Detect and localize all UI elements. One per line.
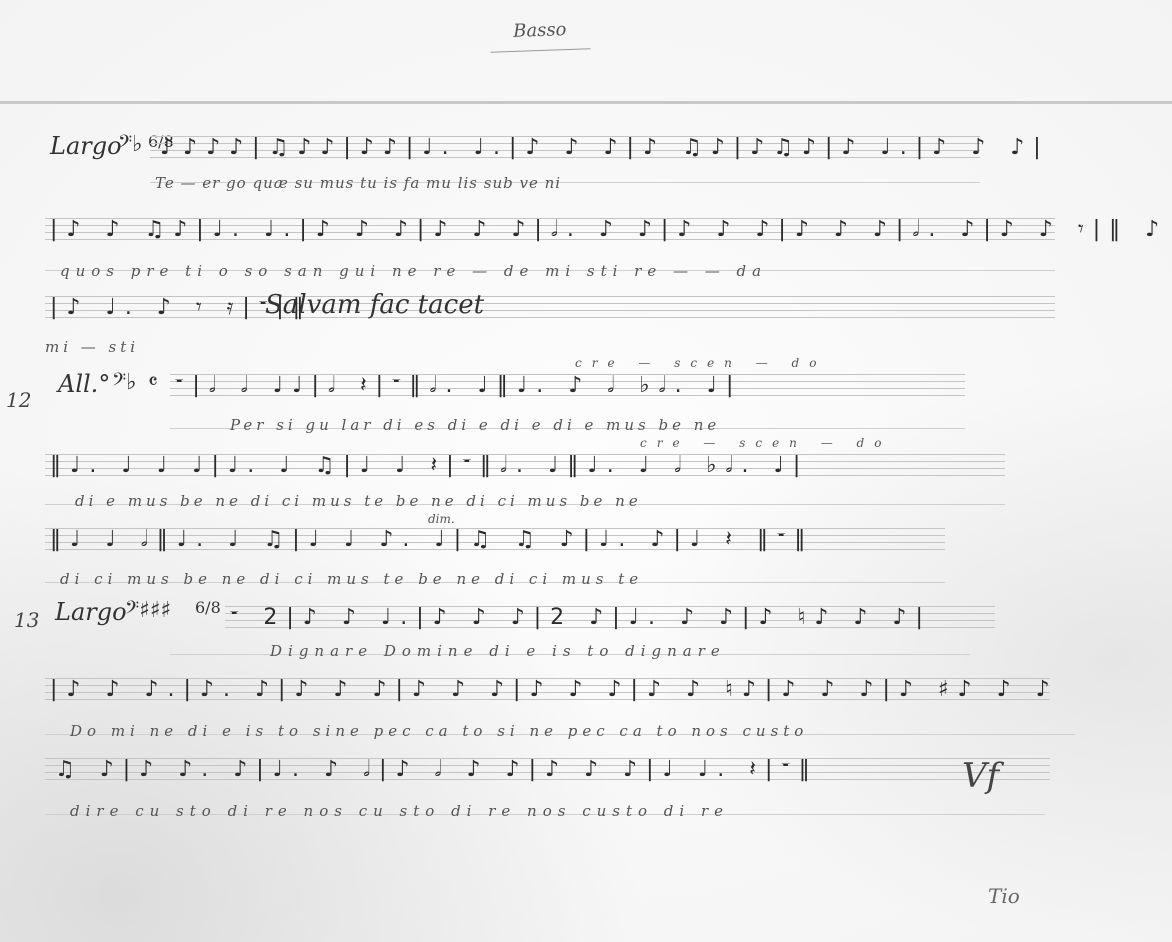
time-signature: 6/8 [195, 598, 221, 617]
tempo-marking: Largo [55, 598, 127, 626]
bass-clef-sharps: 𝄢♯♯♯ [125, 598, 171, 623]
manuscript-page: Basso Largo 𝄢♭ 6/8 ♪♪♪♪|♫♪♪|♪♪|♩. ♩.|♪ ♪… [0, 0, 1172, 942]
page-fold-line [0, 101, 1172, 104]
tempo-marking: Largo [50, 132, 122, 160]
lyrics: Do mi ne di e is to sine pec ca to si ne… [70, 722, 808, 740]
lyrics: Per si gu lar di es di e di e di e mus b… [230, 416, 720, 434]
common-time-signature: 𝄴 [148, 370, 158, 395]
crescendo-marking: cre — scen — do [640, 436, 891, 450]
lyrics: Te — er go quæ su mus tu is fa mu lis su… [155, 174, 561, 192]
system-number: 12 [6, 388, 31, 412]
lyrics: mi — sti [45, 338, 139, 356]
notes: ‖♩. ♩ ♩ ♩|♩. ♩ ♫|♩ ♩ 𝄽|𝄻‖𝅗𝅥. ♩‖♩. ♩ 𝅗𝅥 ♭… [50, 452, 809, 480]
notes: ♫ ♪|♪ ♪. ♪|♩. ♪ 𝅗𝅥|♪ 𝅗𝅥 ♪ ♪|♪ ♪ ♪|♩ ♩. 𝄽… [55, 756, 819, 784]
notes: ♪♪♪♪|♫♪♪|♪♪|♩. ♩.|♪ ♪ ♪|♪ ♫♪|♪♫♪|♪ ♩.|♪ … [160, 134, 1050, 162]
notes: ‖♩ ♩ 𝅗𝅥‖♩. ♩ ♫|♩ ♩ ♪. ♩|♫ ♫ ♪|♩. ♪|♩ 𝄽 ‖… [50, 526, 814, 554]
bass-clef-flat: 𝄢♭ [112, 370, 137, 395]
tacet-instruction: Salvam fac tacet [265, 290, 484, 320]
system-number: 13 [14, 608, 39, 632]
lyrics: dire cu sto di re nos cu sto di re nos c… [70, 802, 729, 820]
tempo-marking: All.° [58, 370, 110, 398]
lyrics: di ci mus be ne di ci mus te be ne di ci… [60, 570, 643, 588]
notes: 𝄻|𝅗𝅥 𝅗𝅥 ♩♩|𝅗𝅥 𝄽|𝄻‖𝅗𝅥. ♩‖♩. ♪ 𝅗𝅥 ♭𝅗𝅥. ♩| [175, 372, 742, 400]
lyrics: di e mus be ne di ci mus te be ne di ci … [75, 492, 642, 510]
lyrics: Dignare Domine di e is to dignare [270, 642, 726, 660]
notes: |♪ ♪ ♫♪|♩. ♩.|♪ ♪ ♪|♪ ♪ ♪|𝅗𝅥. ♪ ♪|♪ ♪ ♪|… [50, 216, 1172, 244]
notes: |♪ ♪ ♪.|♪. ♪|♪ ♪ ♪|♪ ♪ ♪|♪ ♪ ♪|♪ ♪ ♮♪|♪ … [50, 676, 1059, 704]
page-title: Basso [489, 18, 590, 52]
notes: 𝄻 2|♪ ♪ ♩.|♪ ♪ ♪|2 ♪|♩. ♪ ♪|♪ ♮♪ ♪ ♪| [230, 604, 932, 632]
volti-subito-mark: Vf [962, 756, 999, 796]
crescendo-marking: cre — scen — do [575, 356, 826, 370]
copyist-signature: Tio [988, 884, 1020, 908]
lyrics: quos pre ti o so san gui ne re — de mi s… [60, 262, 767, 280]
bass-clef-flat: 𝄢♭ [118, 132, 143, 157]
diminuendo-marking: dim. [428, 512, 455, 526]
